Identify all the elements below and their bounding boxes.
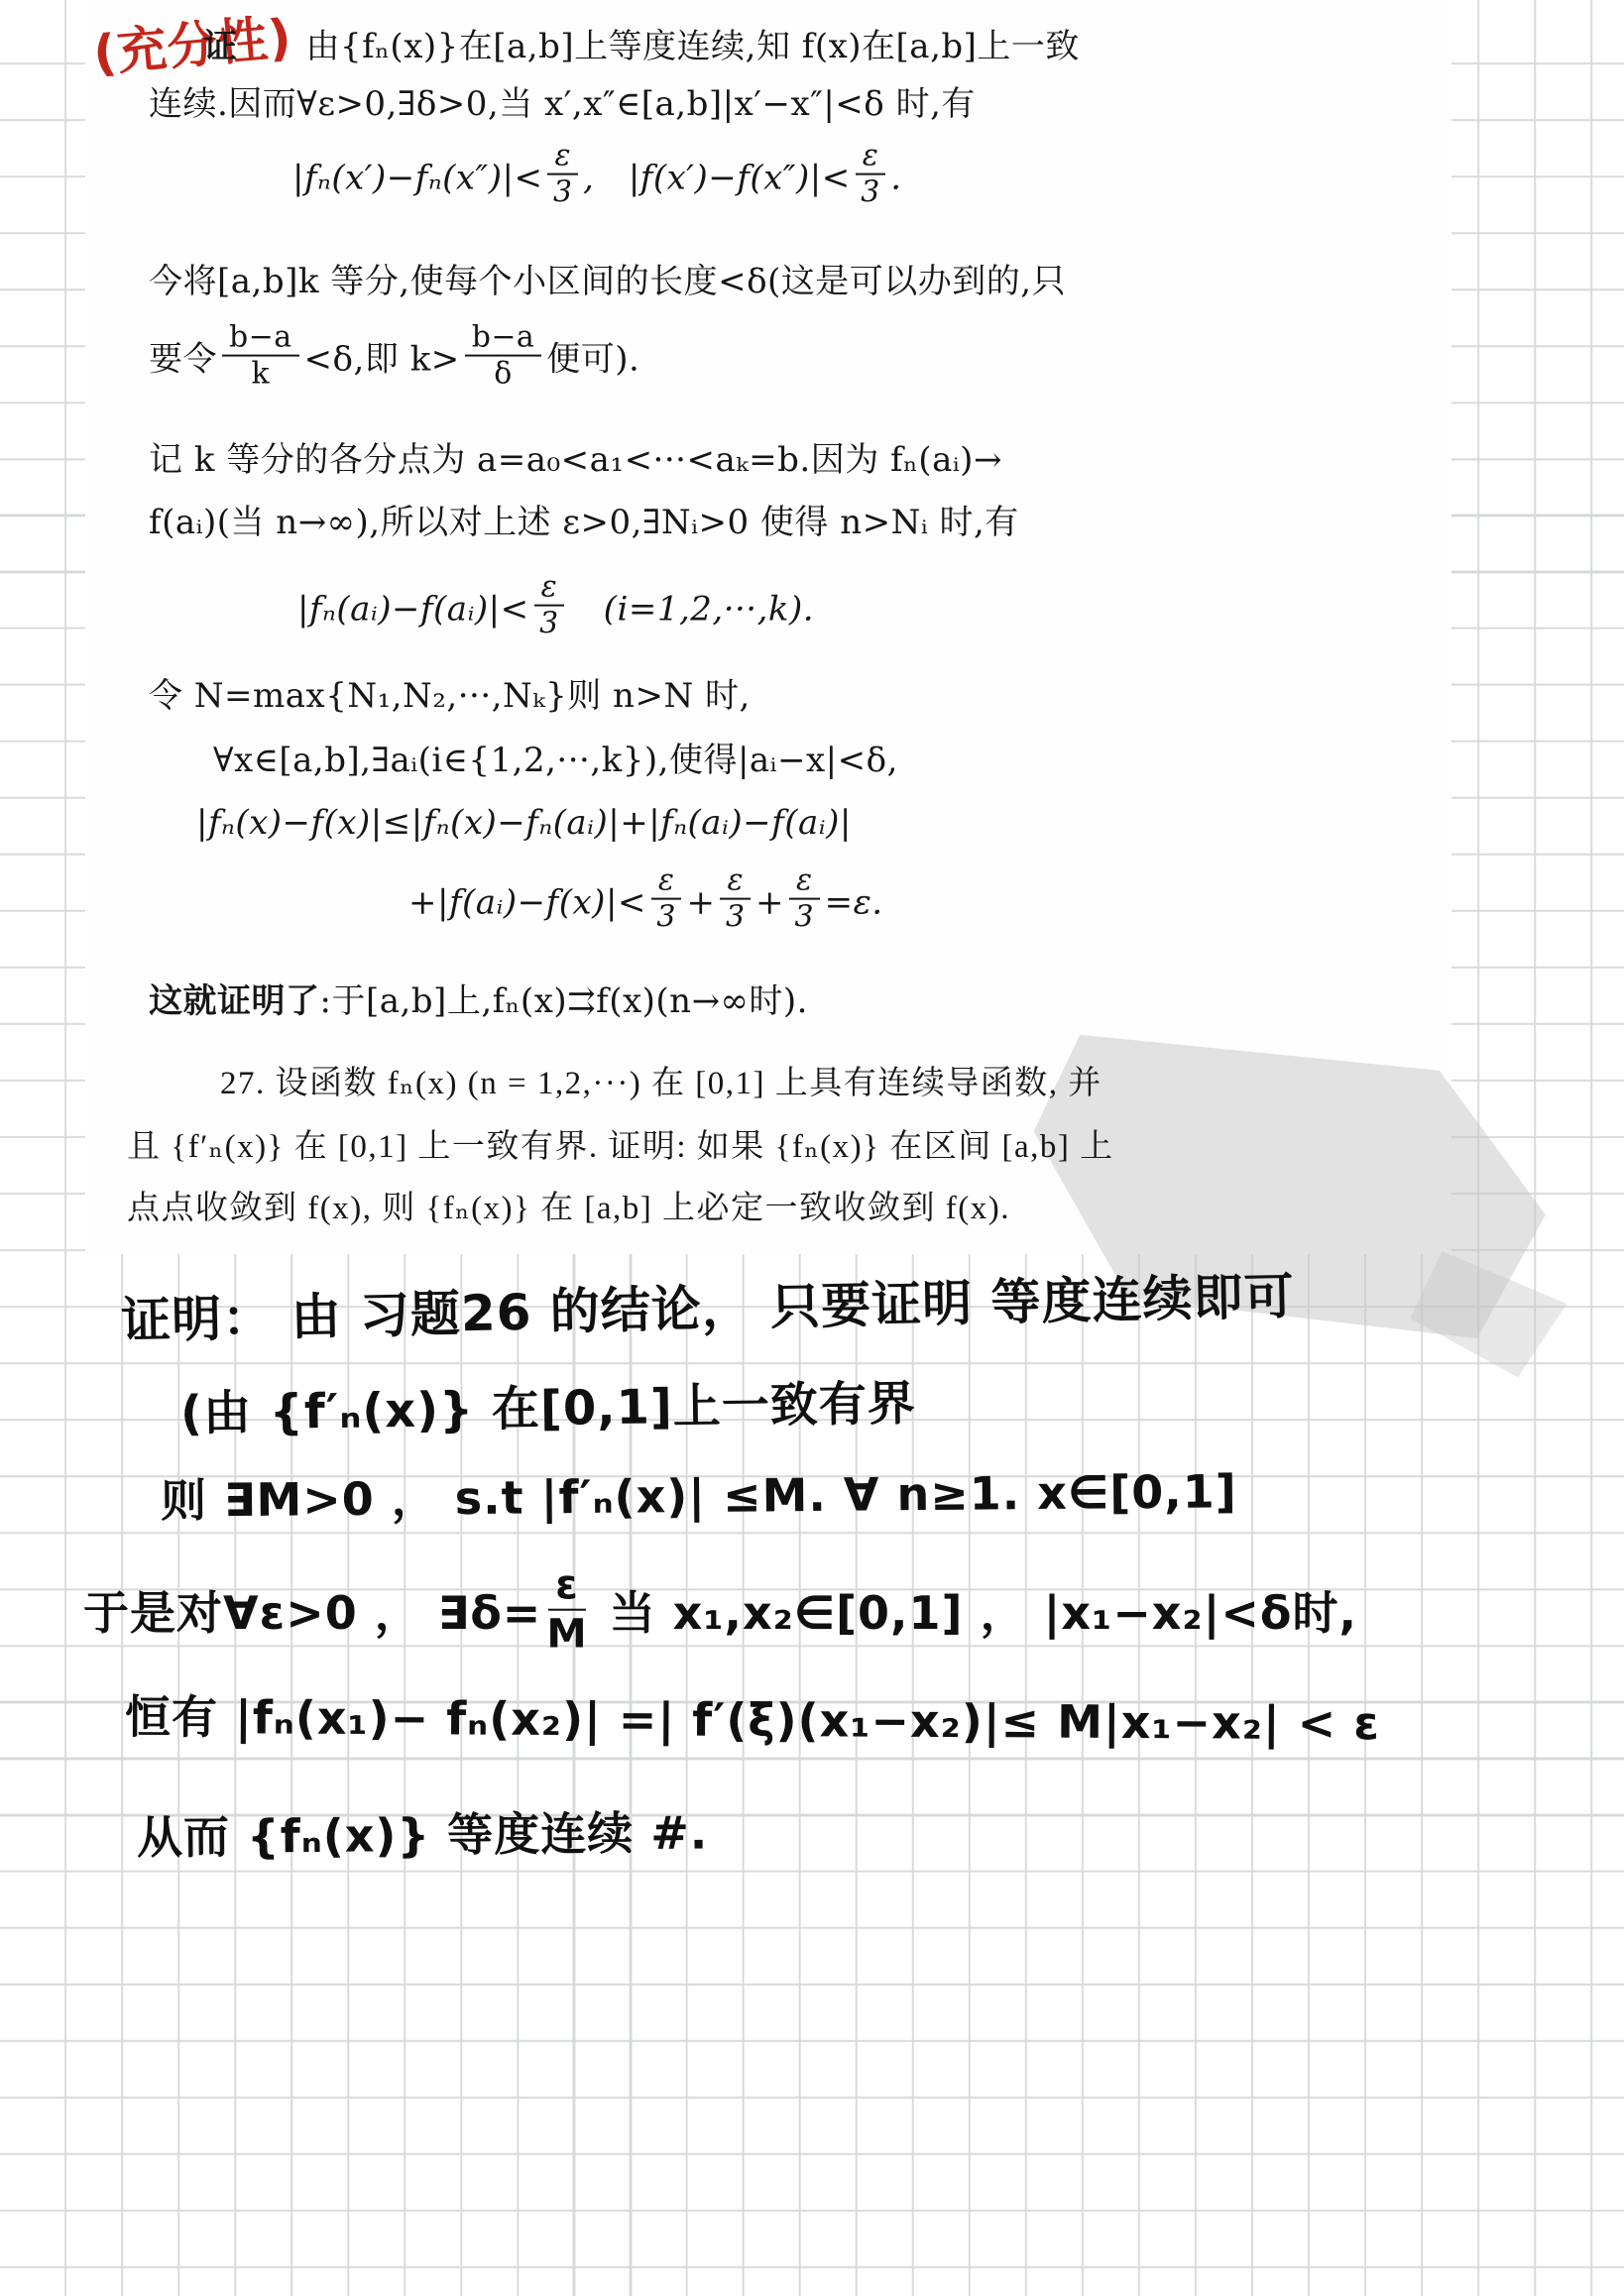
text-run: 27. 设函数 fₙ(x) (n = 1,2,···) 在 [0,1] 上具有连…: [220, 1066, 1102, 1101]
text-run: |fₙ(x′)−fₙ(x″)|<: [292, 158, 542, 197]
text-run: =ε.: [825, 882, 883, 922]
fraction-numerator: ε: [720, 865, 751, 900]
fraction-denominator: 3: [553, 175, 573, 208]
fraction: ε3: [547, 141, 578, 209]
text-run: :于[a,b]上,fₙ(x)⇉f(x)(n→∞时).: [320, 981, 808, 1021]
proof-line-4: 要令b−ak<δ,即 k>b−aδ便可).: [149, 327, 639, 396]
proof-line-5: 记 k 等分的各分点为 a=a₀<a₁<···<aₖ=b.因为 fₙ(aᵢ)→: [149, 438, 1002, 482]
fraction-numerator: ε: [547, 141, 578, 175]
handwritten-line-6: 从而 {fₙ(x)} 等度连续 #.: [137, 1803, 709, 1868]
fraction-denominator: 3: [726, 900, 746, 933]
text-run: 当 x₁,x₂∈[0,1] ， |x₁−x₂|<δ时,: [593, 1586, 1357, 1640]
fraction-numerator: ε: [548, 1564, 586, 1611]
proof-line-8: ∀x∈[a,b],∃aᵢ(i∈{1,2,···,k}),使得|aᵢ−x|<δ,: [213, 739, 898, 782]
text-run: , |f(x′)−f(x″)|<: [583, 158, 851, 197]
text-run: 从而 {fₙ(x)} 等度连续 #.: [137, 1805, 709, 1864]
text-run: (由 {f′ₙ(x)} 在[0,1]上一致有界: [180, 1376, 917, 1441]
fraction-numerator: ε: [789, 865, 820, 900]
text-run: 这就证明了: [149, 981, 320, 1021]
handwritten-line-1: 证明： 由 习题26 的结论， 只要证明 等度连续即可: [120, 1265, 1295, 1354]
proof-line-3: 今将[a,b]k 等分,使每个小区间的长度<δ(这是可以办到的,只: [149, 260, 1066, 303]
problem27-line-2: 且 {f′ₙ(x)} 在 [0,1] 上一致有界. 证明: 如果 {fₙ(x)}…: [127, 1126, 1114, 1169]
text-run: 则 ∃M>0 ， s.t |f′ₙ(x)| ≤M. ∀ n≥1. x∈[0,1]: [161, 1464, 1237, 1527]
text-run: 便可).: [546, 339, 639, 379]
text-run: 由{fₙ(x)}在[a,b]上等度连续,知 f(x)在[a,b]上一致: [238, 27, 1080, 66]
fraction-denominator: 3: [539, 607, 559, 639]
fraction: ε3: [789, 865, 820, 934]
text-run: 今将[a,b]k 等分,使每个小区间的长度<δ(这是可以办到的,只: [149, 262, 1066, 301]
proof-line-7: 令 N=max{N₁,N₂,···,Nₖ}则 n>N 时,: [149, 674, 751, 718]
text-run: +|f(aᵢ)−f(x)|<: [408, 882, 646, 922]
proof-formula-1: |fₙ(x′)−fₙ(x″)|<ε3, |f(x′)−f(x″)|<ε3.: [292, 146, 902, 214]
proof-line-10: +|f(aᵢ)−f(x)|<ε3+ε3+ε3=ε.: [408, 870, 883, 939]
proof-line-6: f(aᵢ)(当 n→∞),所以对上述 ε>0,∃Nᵢ>0 使得 n>Nᵢ 时,有: [149, 501, 1019, 544]
proof-line-1: 证 由{fₙ(x)}在[a,b]上等度连续,知 f(x)在[a,b]上一致: [203, 25, 1080, 68]
fraction: b−ak: [222, 322, 299, 391]
text-run: |fₙ(x)−f(x)|≤|fₙ(x)−fₙ(aᵢ)|+|fₙ(aᵢ)−f(aᵢ…: [196, 803, 852, 843]
text-run: f(aᵢ)(当 n→∞),所以对上述 ε>0,∃Nᵢ>0 使得 n>Nᵢ 时,有: [149, 503, 1019, 542]
text-run: 证明： 由 习题26 的结论， 只要证明 等度连续即可: [121, 1268, 1296, 1350]
handwritten-line-2: (由 {f′ₙ(x)} 在[0,1]上一致有界: [180, 1373, 917, 1445]
fraction-denominator: 3: [795, 900, 815, 933]
text-run: <δ,即 k>: [304, 339, 460, 379]
fraction: ε3: [651, 865, 682, 934]
fraction-denominator: M: [546, 1610, 587, 1655]
proof-line-9: |fₙ(x)−f(x)|≤|fₙ(x)−fₙ(aᵢ)|+|fₙ(aᵢ)−f(aᵢ…: [196, 801, 852, 845]
fraction-numerator: ε: [534, 572, 565, 607]
notebook-page: (充分性)证 由{fₙ(x)}在[a,b]上等度连续,知 f(x)在[a,b]上…: [0, 0, 1624, 2296]
handwritten-line-5: 恒有 |fₙ(x₁)− fₙ(x₂)| =| f′(ξ)(x₁−x₂)|≤ M|…: [125, 1688, 1380, 1754]
text-layer: (充分性)证 由{fₙ(x)}在[a,b]上等度连续,知 f(x)在[a,b]上…: [0, 0, 1624, 2296]
fraction: b−aδ: [465, 322, 542, 391]
text-run: 令 N=max{N₁,N₂,···,Nₖ}则 n>N 时,: [149, 676, 751, 716]
fraction: ε3: [720, 865, 751, 934]
text-run: 记 k 等分的各分点为 a=a₀<a₁<···<aₖ=b.因为 fₙ(aᵢ)→: [149, 440, 1002, 480]
handwritten-line-3: 则 ∃M>0 ， s.t |f′ₙ(x)| ≤M. ∀ n≥1. x∈[0,1]: [161, 1462, 1237, 1531]
proof-line-11: 这就证明了:于[a,b]上,fₙ(x)⇉f(x)(n→∞时).: [149, 979, 808, 1023]
fraction-numerator: ε: [856, 141, 886, 175]
handwritten-line-4: 于是对∀ε>0 ， ∃δ=εM 当 x₁,x₂∈[0,1] ， |x₁−x₂|<…: [83, 1571, 1357, 1662]
fraction-numerator: ε: [651, 865, 682, 900]
text-run: 恒有 |fₙ(x₁)− fₙ(x₂)| =| f′(ξ)(x₁−x₂)|≤ M|…: [125, 1690, 1380, 1751]
fraction: εM: [546, 1564, 587, 1655]
text-run: +: [686, 882, 715, 922]
text-run: 连续.因而∀ε>0,∃δ>0,当 x′,x″∈[a,b]|x′−x″|<δ 时,…: [149, 84, 976, 124]
fraction-numerator: b−a: [222, 322, 299, 357]
proof-line-2: 连续.因而∀ε>0,∃δ>0,当 x′,x″∈[a,b]|x′−x″|<δ 时,…: [149, 82, 976, 126]
fraction-numerator: b−a: [465, 322, 542, 357]
proof-formula-2: |fₙ(aᵢ)−f(aᵢ)|<ε3 (i=1,2,···,k).: [297, 577, 814, 645]
text-run: 且 {f′ₙ(x)} 在 [0,1] 上一致有界. 证明: 如果 {fₙ(x)}…: [127, 1129, 1114, 1165]
text-run: 要令: [149, 339, 217, 379]
fraction: ε3: [534, 572, 565, 640]
fraction-denominator: k: [251, 357, 270, 390]
fraction-denominator: 3: [861, 175, 880, 208]
fraction-denominator: δ: [494, 357, 513, 390]
text-run: ∀x∈[a,b],∃aᵢ(i∈{1,2,···,k}),使得|aᵢ−x|<δ,: [213, 741, 898, 780]
text-run: 点点收敛到 f(x), 则 {fₙ(x)} 在 [a,b] 上必定一致收敛到 f…: [127, 1191, 1010, 1226]
text-run: 证: [203, 27, 238, 66]
text-run: |fₙ(aᵢ)−f(aᵢ)|<: [297, 589, 529, 629]
text-run: +: [755, 882, 784, 922]
fraction-denominator: 3: [656, 900, 676, 933]
fraction: ε3: [856, 141, 886, 209]
problem27-line-1: 27. 设函数 fₙ(x) (n = 1,2,···) 在 [0,1] 上具有连…: [220, 1063, 1102, 1105]
text-run: (i=1,2,···,k).: [569, 589, 814, 629]
problem27-line-3: 点点收敛到 f(x), 则 {fₙ(x)} 在 [a,b] 上必定一致收敛到 f…: [127, 1188, 1010, 1230]
text-run: 于是对∀ε>0 ， ∃δ=: [83, 1586, 541, 1640]
text-run: .: [890, 158, 901, 197]
